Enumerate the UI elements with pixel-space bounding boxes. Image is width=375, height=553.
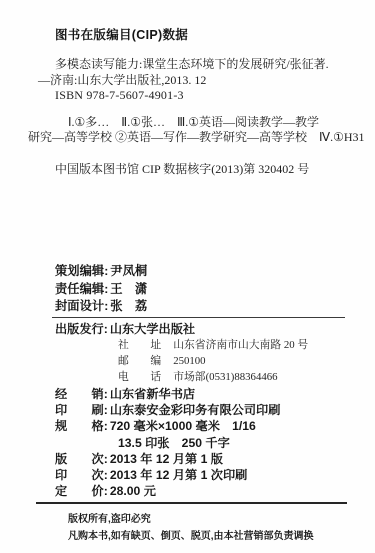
credit-row-planning-editor: 策划编辑:尹凤桐 — [55, 263, 375, 281]
publication-row-publisher: 出版发行:山东大学出版社 — [55, 321, 375, 337]
publication-label: 版 次: — [55, 452, 108, 466]
cip-block: 图书在版编目(CIP)数据 多模态读写能力:课堂生态环境下的发展研究/张征著. … — [0, 27, 375, 177]
publication-value: 市场部(0531)88364466 — [173, 371, 277, 383]
publication-block: 出版发行:山东大学出版社 社 址山东省济南市山大南路 20 号 邮 编25010… — [55, 321, 375, 500]
cip-classification-line-1: Ⅰ.①多… Ⅱ.①张… Ⅲ.①英语—阅读教学—教学 — [68, 115, 375, 131]
publication-value: 2013 年 12 月第 1 版 — [110, 452, 223, 466]
publication-label: 邮 编 — [118, 355, 161, 367]
publication-row-distributor: 经 销:山东省新华书店 — [55, 386, 375, 402]
publication-label: 电 话 — [118, 371, 161, 383]
publication-value: 山东泰安金彩印务有限公司印刷 — [110, 403, 281, 417]
credit-row-responsible-editor: 责任编辑:王 潇 — [55, 281, 375, 299]
publication-label: 社 址 — [118, 339, 161, 351]
cip-title-line: 多模态读写能力:课堂生态环境下的发展研究/张征著. — [55, 57, 375, 73]
publication-row-sheets-words: 13.5 印张 250 千字 — [118, 435, 375, 451]
divider-bottom — [36, 502, 347, 504]
publication-value: 250100 — [173, 355, 205, 367]
credit-row-cover-design: 封面设计:张 荔 — [55, 298, 375, 316]
publication-label: 印 次: — [55, 468, 108, 482]
publication-value: 13.5 印张 250 千字 — [118, 436, 230, 450]
credits-block: 策划编辑:尹凤桐 责任编辑:王 潇 封面设计:张 荔 — [55, 263, 375, 316]
publication-row-format: 规 格:720 毫米×1000 毫米 1/16 — [55, 418, 375, 434]
publication-value: 28.00 元 — [110, 484, 156, 498]
book-copyright-page: 图书在版编目(CIP)数据 多模态读写能力:课堂生态环境下的发展研究/张征著. … — [0, 0, 375, 553]
publication-row-price: 定 价:28.00 元 — [55, 483, 375, 499]
cip-imprint-line: —济南:山东大学出版社,2013. 12 — [38, 73, 375, 89]
publication-value: 720 毫米×1000 毫米 1/16 — [110, 419, 256, 433]
publication-row-impression: 印 次:2013 年 12 月第 1 次印刷 — [55, 467, 375, 483]
publication-value: 山东大学出版社 — [110, 322, 195, 336]
publication-label: 定 价: — [55, 484, 108, 498]
publication-row-edition: 版 次:2013 年 12 月第 1 版 — [55, 451, 375, 467]
divider-top — [52, 317, 345, 318]
publication-row-phone: 电 话市场部(0531)88364466 — [118, 369, 375, 385]
publication-label: 规 格: — [55, 419, 108, 433]
credit-label: 责任编辑: — [55, 282, 108, 296]
publication-label: 印 刷: — [55, 403, 108, 417]
publication-value: 2013 年 12 月第 1 次印刷 — [110, 468, 248, 482]
notice-block: 版权所有,盗印必究 凡购本书,如有缺页、倒页、脱页,由本社营销部负责调换 — [68, 511, 375, 545]
publication-label: 出版发行: — [55, 322, 108, 336]
replacement-notice: 凡购本书,如有缺页、倒页、脱页,由本社营销部负责调换 — [68, 528, 375, 545]
publication-label: 经 销: — [55, 387, 108, 401]
publication-row-address: 社 址山东省济南市山大南路 20 号 — [118, 337, 375, 353]
cip-isbn-line: ISBN 978-7-5607-4901-3 — [55, 88, 375, 104]
cip-record-number: 中国版本图书馆 CIP 数据核字(2013)第 320402 号 — [55, 162, 375, 178]
cip-heading: 图书在版编目(CIP)数据 — [55, 27, 375, 44]
credit-value: 张 荔 — [110, 299, 147, 313]
credit-value: 尹凤桐 — [110, 264, 147, 278]
copyright-notice: 版权所有,盗印必究 — [68, 511, 375, 528]
publication-row-printer: 印 刷:山东泰安金彩印务有限公司印刷 — [55, 402, 375, 418]
credit-value: 王 潇 — [110, 282, 147, 296]
publication-value: 山东省济南市山大南路 20 号 — [173, 339, 308, 351]
credit-label: 策划编辑: — [55, 264, 108, 278]
publication-row-postcode: 邮 编250100 — [118, 353, 375, 369]
credit-label: 封面设计: — [55, 299, 108, 313]
publication-value: 山东省新华书店 — [110, 387, 195, 401]
cip-classification-line-2: 研究—高等学校 ②英语—写作—教学研究—高等学校 Ⅳ.①H31 — [28, 130, 375, 146]
